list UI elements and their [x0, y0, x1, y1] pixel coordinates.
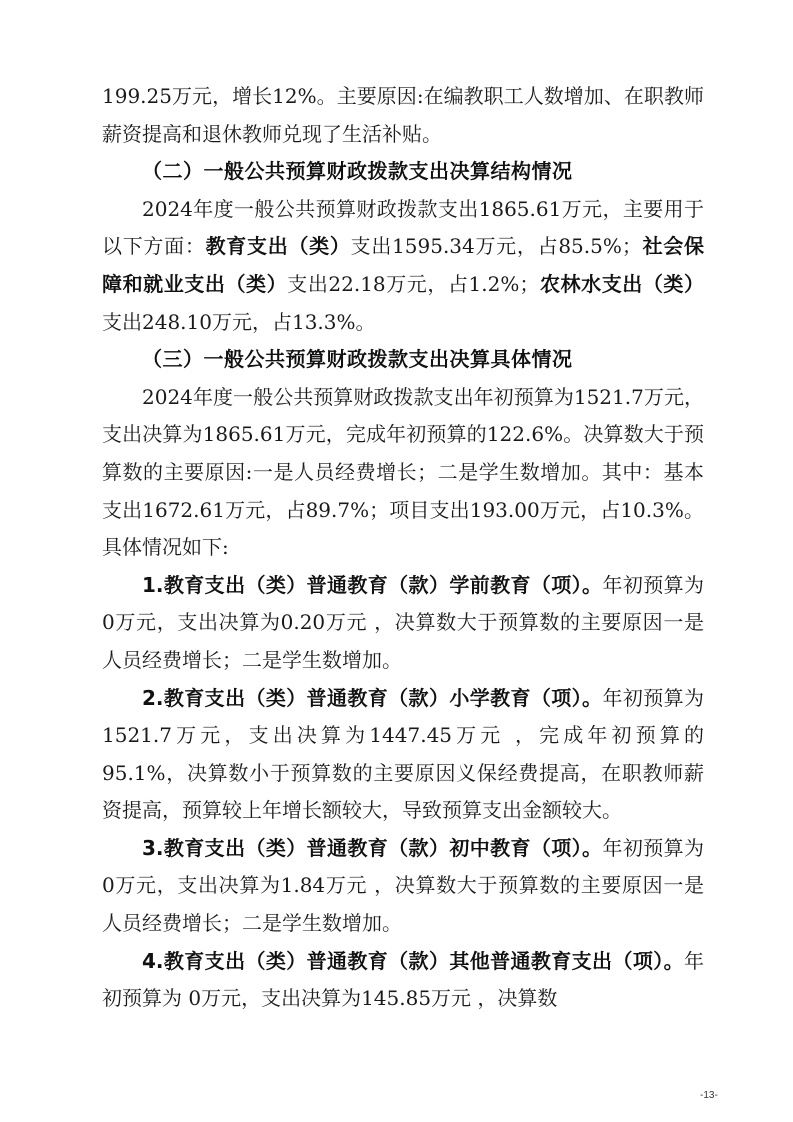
- item-title: 2.教育支出（类）普通教育（款）小学教育（项）。: [142, 686, 602, 710]
- item-title: 3.教育支出（类）普通教育（款）初中教育（项）。: [142, 836, 602, 860]
- section-heading-structure: （二）一般公共预算财政拨款支出决算结构情况: [102, 153, 704, 191]
- text: 支出248.10万元，占13.3%。: [102, 310, 376, 334]
- list-item: 3.教育支出（类）普通教育（款）初中教育（项）。年初预算为 0万元，支出决算为1…: [102, 830, 704, 943]
- list-item: 2.教育支出（类）普通教育（款）小学教育（项）。年初预算为 1521.7万元，支…: [102, 680, 704, 830]
- page-number: -13-: [700, 1090, 718, 1101]
- bold-category-agriculture: 农林水支出（类）: [539, 272, 704, 296]
- paragraph-structure: 2024年度一般公共预算财政拨款支出1865.61万元，主要用于以下方面：教育支…: [102, 191, 704, 341]
- paragraph-details: 2024年度一般公共预算财政拨款支出年初预算为1521.7万元，支出决算为186…: [102, 379, 704, 567]
- item-title: 4.教育支出（类）普通教育（款）其他普通教育支出（项）。: [142, 949, 684, 973]
- bold-category-education: 教育支出（类）: [206, 234, 351, 258]
- paragraph-continuation: 199.25万元，增长12%。主要原因:在编教职工人数增加、在职教师薪资提高和退…: [102, 78, 704, 153]
- list-item: 4.教育支出（类）普通教育（款）其他普通教育支出（项）。年初预算为 0万元，支出…: [102, 943, 704, 1018]
- section-heading-details: （三）一般公共预算财政拨款支出决算具体情况: [102, 341, 704, 379]
- document-page: 199.25万元，增长12%。主要原因:在编教职工人数增加、在职教师薪资提高和退…: [102, 78, 704, 1018]
- text: 支出1595.34万元，占85.5%；: [351, 234, 642, 258]
- text: 支出22.18万元，占1.2%；: [287, 272, 539, 296]
- list-item: 1.教育支出（类）普通教育（款）学前教育（项）。年初预算为 0万元，支出决算为0…: [102, 567, 704, 680]
- item-title: 1.教育支出（类）普通教育（款）学前教育（项）。: [142, 573, 602, 597]
